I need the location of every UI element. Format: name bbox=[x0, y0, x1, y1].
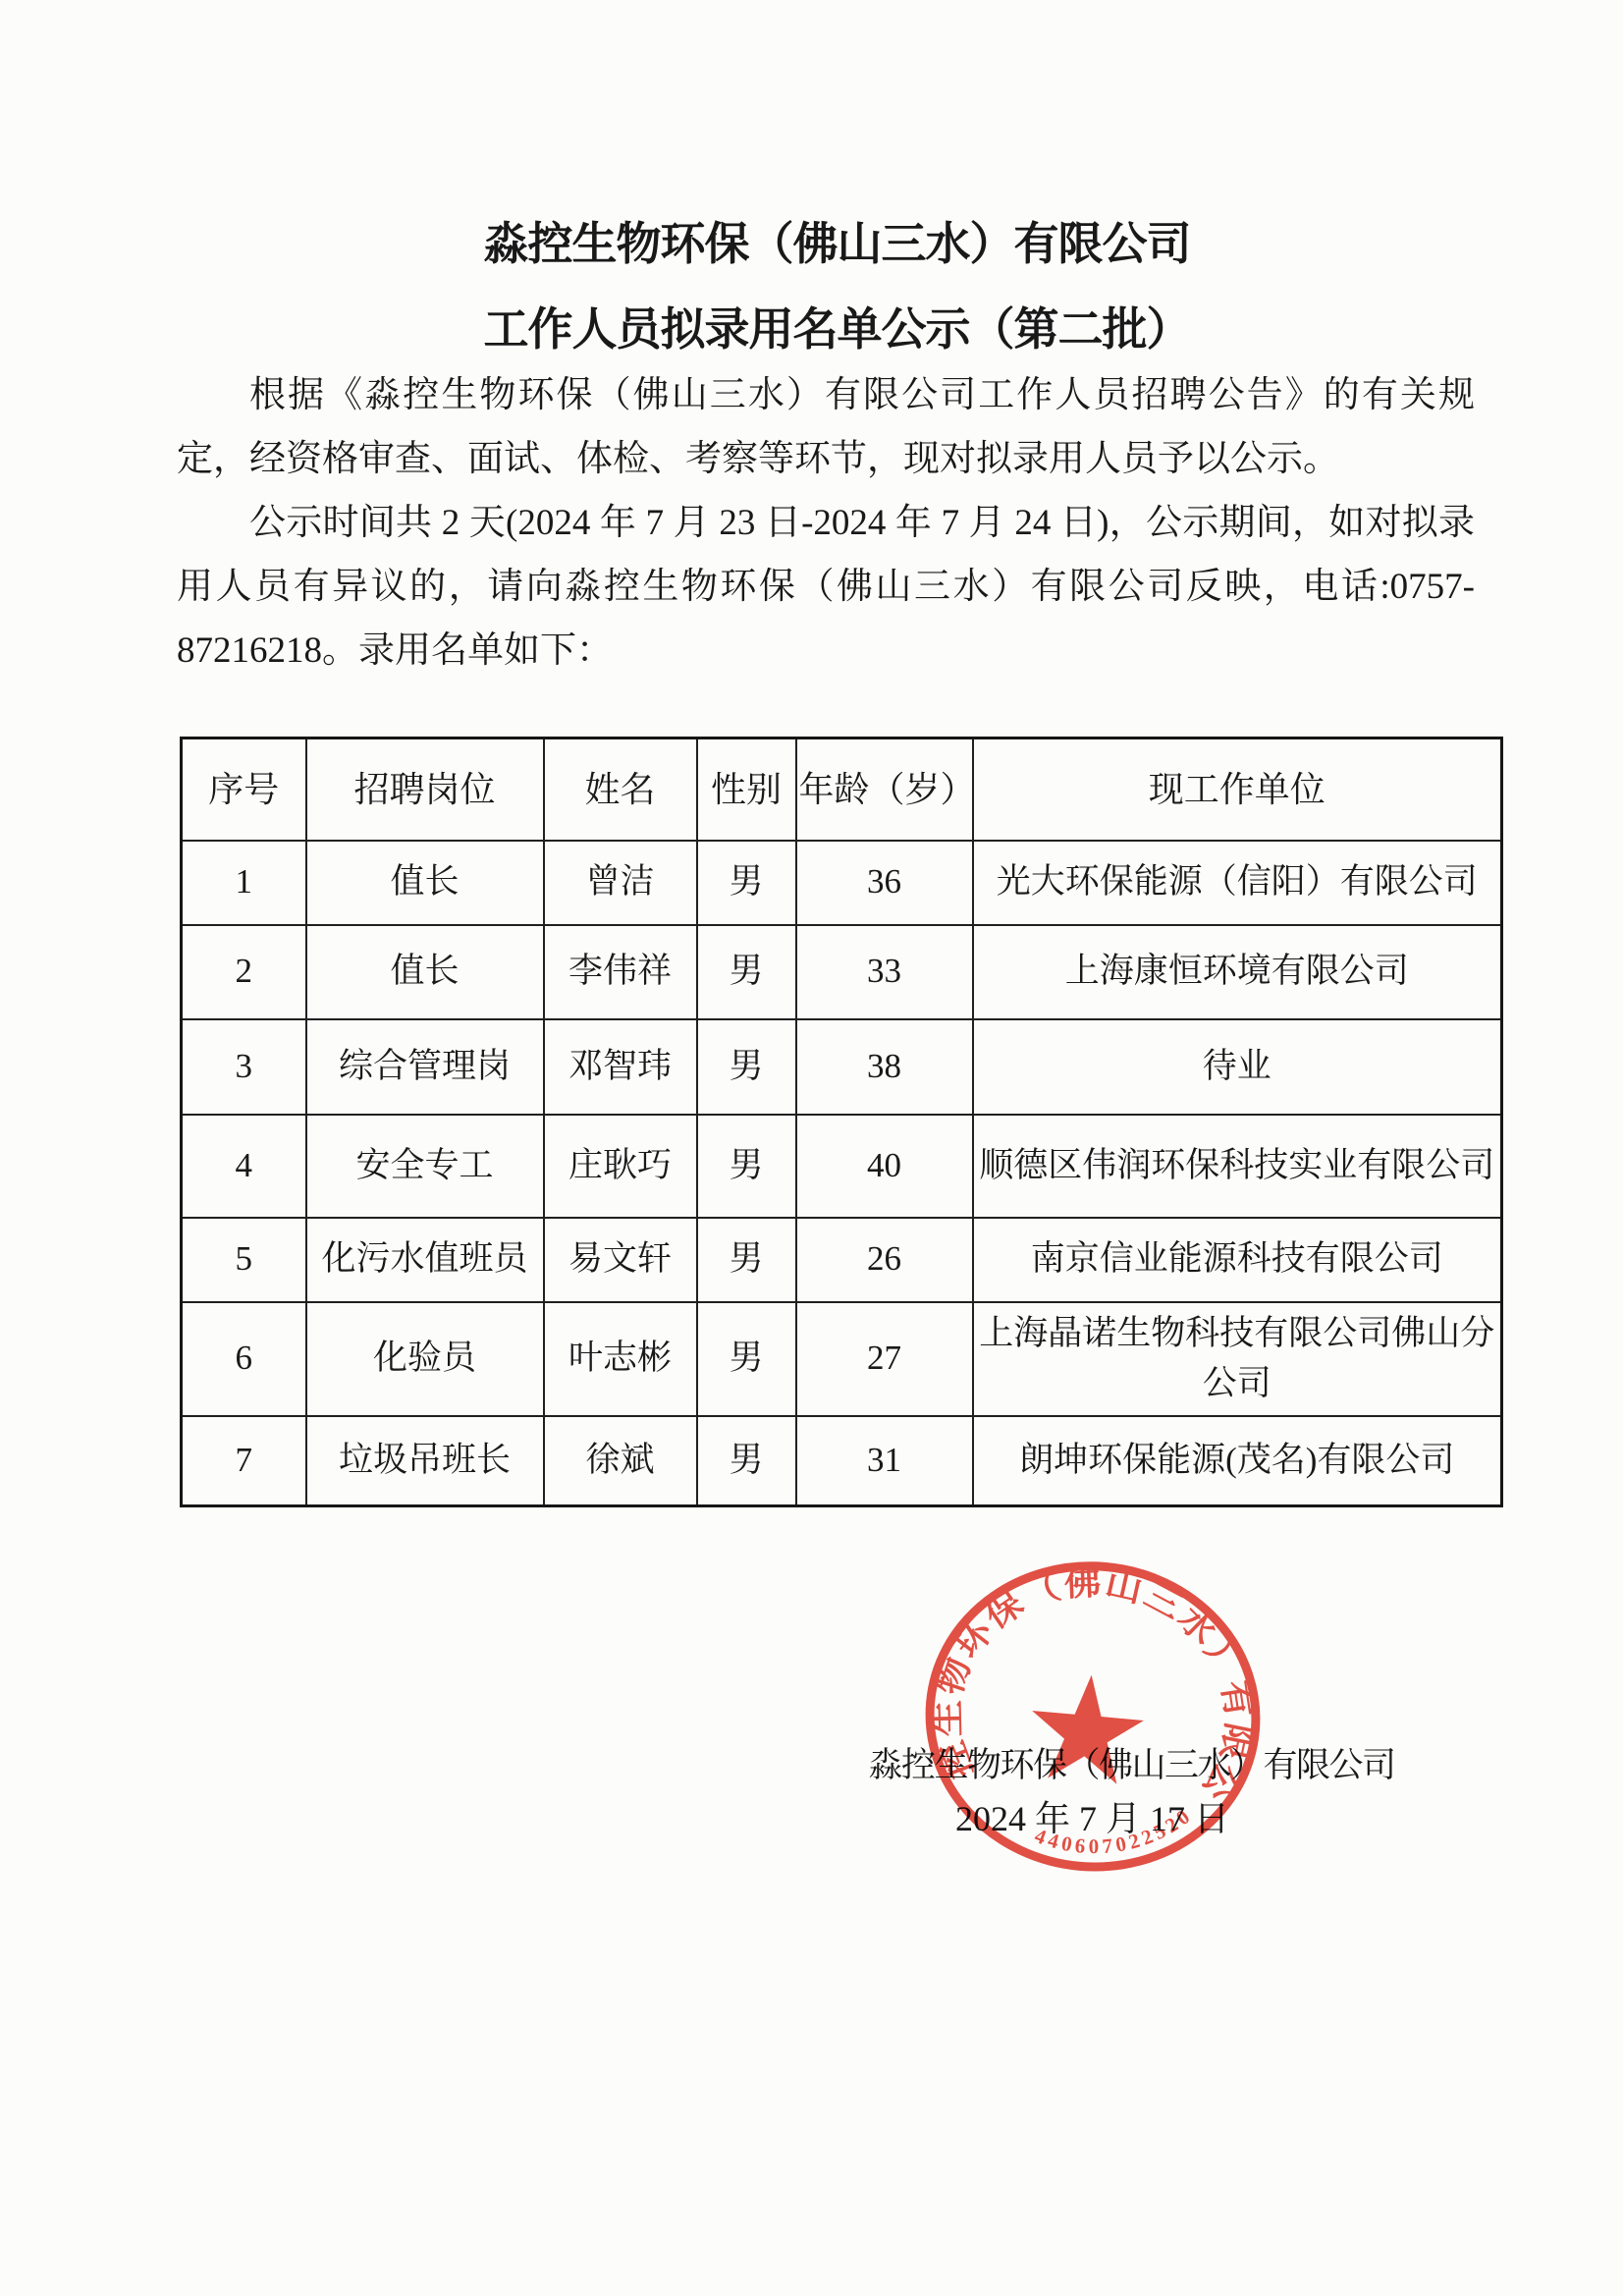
col-header-serial: 序号 bbox=[182, 738, 306, 841]
cell-gender: 男 bbox=[697, 841, 796, 925]
table-row: 6 化验员 叶志彬 男 27 上海晶诺生物科技有限公司佛山分公司 bbox=[182, 1302, 1502, 1416]
proposed-hire-table: 序号 招聘岗位 姓名 性别 年龄（岁） 现工作单位 1 值长 曾洁 男 36 光… bbox=[180, 737, 1503, 1507]
cell-age: 40 bbox=[796, 1115, 973, 1218]
cell-serial: 2 bbox=[182, 925, 306, 1019]
cell-serial: 7 bbox=[182, 1416, 306, 1506]
cell-current-employer: 待业 bbox=[973, 1019, 1502, 1115]
cell-position: 安全专工 bbox=[306, 1115, 544, 1218]
seal-registration-code: 440607022520 bbox=[1031, 1789, 1199, 1867]
cell-serial: 4 bbox=[182, 1115, 306, 1218]
cell-name: 徐斌 bbox=[544, 1416, 697, 1506]
scanned-announcement-page: 淼控生物环保（佛山三水）有限公司 工作人员拟录用名单公示（第二批） 根据《淼控生… bbox=[0, 0, 1623, 2296]
cell-current-employer: 朗坤环保能源(茂名)有限公司 bbox=[973, 1416, 1502, 1506]
cell-position: 化污水值班员 bbox=[306, 1218, 544, 1302]
official-seal-stamp: 淼控生物环保（佛山三水）有限公司 440607022520 bbox=[897, 1534, 1290, 1898]
cell-gender: 男 bbox=[697, 1302, 796, 1416]
cell-age: 26 bbox=[796, 1218, 973, 1302]
cell-position: 值长 bbox=[306, 925, 544, 1019]
cell-current-employer: 顺德区伟润环保科技实业有限公司 bbox=[973, 1115, 1502, 1218]
cell-age: 36 bbox=[796, 841, 973, 925]
cell-age: 33 bbox=[796, 925, 973, 1019]
cell-gender: 男 bbox=[697, 1218, 796, 1302]
paragraph-publicity-period: 公示时间共 2 天(2024 年 7 月 23 日-2024 年 7 月 24 … bbox=[177, 491, 1475, 683]
cell-position: 化验员 bbox=[306, 1302, 544, 1416]
cell-current-employer: 上海康恒环境有限公司 bbox=[973, 925, 1502, 1019]
table-row: 2 值长 李伟祥 男 33 上海康恒环境有限公司 bbox=[182, 925, 1502, 1019]
table-row: 1 值长 曾洁 男 36 光大环保能源（信阳）有限公司 bbox=[182, 841, 1502, 925]
cell-position: 垃圾吊班长 bbox=[306, 1416, 544, 1506]
cell-gender: 男 bbox=[697, 1019, 796, 1115]
paragraph-regulation-basis: 根据《淼控生物环保（佛山三水）有限公司工作人员招聘公告》的有关规定，经资格审查、… bbox=[177, 363, 1475, 491]
cell-gender: 男 bbox=[697, 1416, 796, 1506]
cell-serial: 6 bbox=[182, 1302, 306, 1416]
table-row: 3 综合管理岗 邓智玮 男 38 待业 bbox=[182, 1019, 1502, 1115]
cell-name: 庄耿巧 bbox=[544, 1115, 697, 1218]
seal-star-icon bbox=[1026, 1670, 1147, 1786]
cell-serial: 5 bbox=[182, 1218, 306, 1302]
cell-position: 值长 bbox=[306, 841, 544, 925]
page-title-subject: 工作人员拟录用名单公示（第二批） bbox=[26, 294, 1623, 358]
announcement-body: 根据《淼控生物环保（佛山三水）有限公司工作人员招聘公告》的有关规定，经资格审查、… bbox=[177, 363, 1475, 683]
cell-serial: 3 bbox=[182, 1019, 306, 1115]
table-row: 7 垃圾吊班长 徐斌 男 31 朗坤环保能源(茂名)有限公司 bbox=[182, 1416, 1502, 1506]
table-header-row: 序号 招聘岗位 姓名 性别 年龄（岁） 现工作单位 bbox=[182, 738, 1502, 841]
table-row: 4 安全专工 庄耿巧 男 40 顺德区伟润环保科技实业有限公司 bbox=[182, 1115, 1502, 1218]
cell-position: 综合管理岗 bbox=[306, 1019, 544, 1115]
cell-current-employer: 光大环保能源（信阳）有限公司 bbox=[973, 841, 1502, 925]
cell-age: 27 bbox=[796, 1302, 973, 1416]
col-header-name: 姓名 bbox=[544, 738, 697, 841]
col-header-position: 招聘岗位 bbox=[306, 738, 544, 841]
col-header-gender: 性别 bbox=[697, 738, 796, 841]
cell-current-employer: 上海晶诺生物科技有限公司佛山分公司 bbox=[973, 1302, 1502, 1416]
cell-age: 31 bbox=[796, 1416, 973, 1506]
page-title-company: 淼控生物环保（佛山三水）有限公司 bbox=[26, 208, 1623, 273]
cell-name: 叶志彬 bbox=[544, 1302, 697, 1416]
cell-name: 邓智玮 bbox=[544, 1019, 697, 1115]
table-row: 5 化污水值班员 易文轩 男 26 南京信业能源科技有限公司 bbox=[182, 1218, 1502, 1302]
cell-name: 曾洁 bbox=[544, 841, 697, 925]
cell-gender: 男 bbox=[697, 1115, 796, 1218]
cell-name: 李伟祥 bbox=[544, 925, 697, 1019]
col-header-age: 年龄（岁） bbox=[796, 738, 973, 841]
cell-age: 38 bbox=[796, 1019, 973, 1115]
cell-current-employer: 南京信业能源科技有限公司 bbox=[973, 1218, 1502, 1302]
col-header-current-employer: 现工作单位 bbox=[973, 738, 1502, 841]
cell-gender: 男 bbox=[697, 925, 796, 1019]
seal-arc-company-text: 淼控生物环保（佛山三水）有限公司 bbox=[897, 1534, 1274, 1810]
cell-serial: 1 bbox=[182, 841, 306, 925]
cell-name: 易文轩 bbox=[544, 1218, 697, 1302]
